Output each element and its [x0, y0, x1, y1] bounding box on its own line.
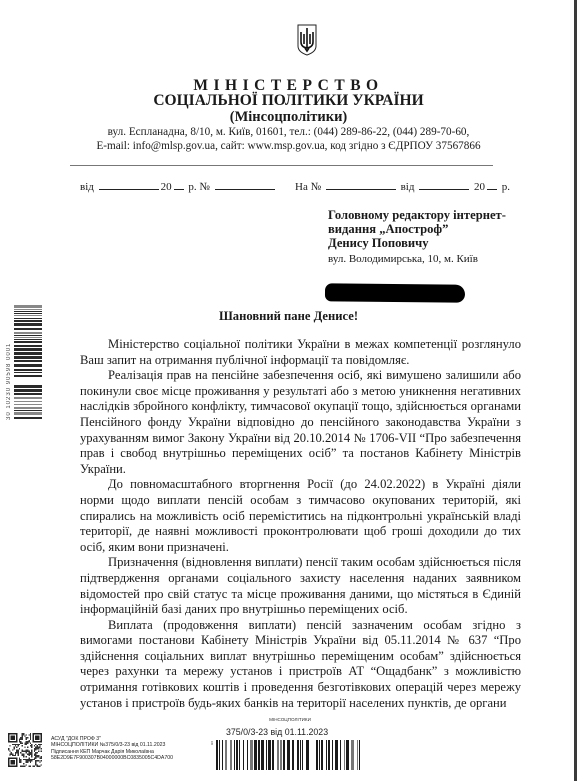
salutation: Шановний пане Денисе!	[0, 309, 577, 324]
incoming-date-blank	[419, 180, 469, 190]
barcode-document-number: 375/0/3-23 від 01.11.2023	[226, 727, 328, 737]
outgoing-from-label: від	[80, 181, 94, 193]
e-signature-info: АСУД "ДОК ПРОФ 3" МІНСОЦПОЛІТИКИ №375/0/…	[51, 736, 173, 761]
incoming-year-blank	[487, 180, 497, 190]
qr-code-icon	[8, 733, 42, 767]
incoming-number-blank	[326, 180, 396, 190]
body-paragraph: Виплата (продовження виплати) пенсій заз…	[80, 618, 521, 712]
outgoing-number-blank	[215, 180, 275, 190]
ministry-address: вул. Еспланадна, 8/10, м. Київ, 01601, т…	[0, 126, 577, 138]
recipient-block: Головному редактору інтернет- видання „А…	[328, 208, 506, 266]
signature-hash: 58E2D9E7F900307B04000000BC0835005C4DA700	[51, 755, 173, 761]
outgoing-year-blank	[174, 180, 184, 190]
recipient-outlet: видання „Апостроф”	[328, 222, 506, 236]
incoming-year-suffix: р.	[502, 181, 510, 193]
signature-registration: МІНСОЦПОЛІТИКИ №375/0/3-23 від 01.11.202…	[51, 742, 173, 748]
incoming-registration: На № від 20 р.	[295, 180, 510, 193]
letter-body: Міністерство соціальної політики України…	[80, 337, 521, 711]
outgoing-registration: від 20 р. №	[80, 180, 277, 193]
barcode-issuer: МІНСОЦПОЛІТИКИ	[200, 717, 380, 722]
incoming-number-label: На №	[295, 181, 321, 193]
body-paragraph: Реалізація прав на пенсійне забезпечення…	[80, 368, 521, 477]
redaction-mark	[325, 283, 465, 302]
ministry-contacts: E-mail: info@mlsp.gov.ua, сайт: www.msp.…	[0, 140, 577, 152]
letterhead-divider	[70, 165, 493, 166]
outgoing-year-label: 20	[161, 181, 172, 193]
recipient-position: Головному редактору інтернет-	[328, 208, 506, 222]
trident-emblem-icon	[297, 24, 317, 56]
incoming-from-label: від	[401, 181, 415, 193]
incoming-year-label: 20	[474, 181, 485, 193]
ministry-short-name: (Мінсоцполітики)	[0, 109, 577, 126]
body-paragraph: До повномасштабного вторгнення Росії (до…	[80, 477, 521, 555]
ministry-subtitle: СОЦІАЛЬНОЇ ПОЛІТИКИ УКРАЇНИ	[0, 92, 577, 110]
recipient-address: вул. Володимирська, 10, м. Київ	[328, 252, 506, 266]
outgoing-number-label: р. №	[188, 181, 210, 193]
body-paragraph: Міністерство соціальної політики України…	[80, 337, 521, 368]
barcode-prefix: cn	[210, 741, 215, 745]
horizontal-barcode-icon	[216, 740, 361, 770]
recipient-name: Денису Поповичу	[328, 236, 506, 250]
outgoing-date-blank	[99, 180, 159, 190]
body-paragraph: Призначення (відновлення виплати) пенсії…	[80, 555, 521, 617]
